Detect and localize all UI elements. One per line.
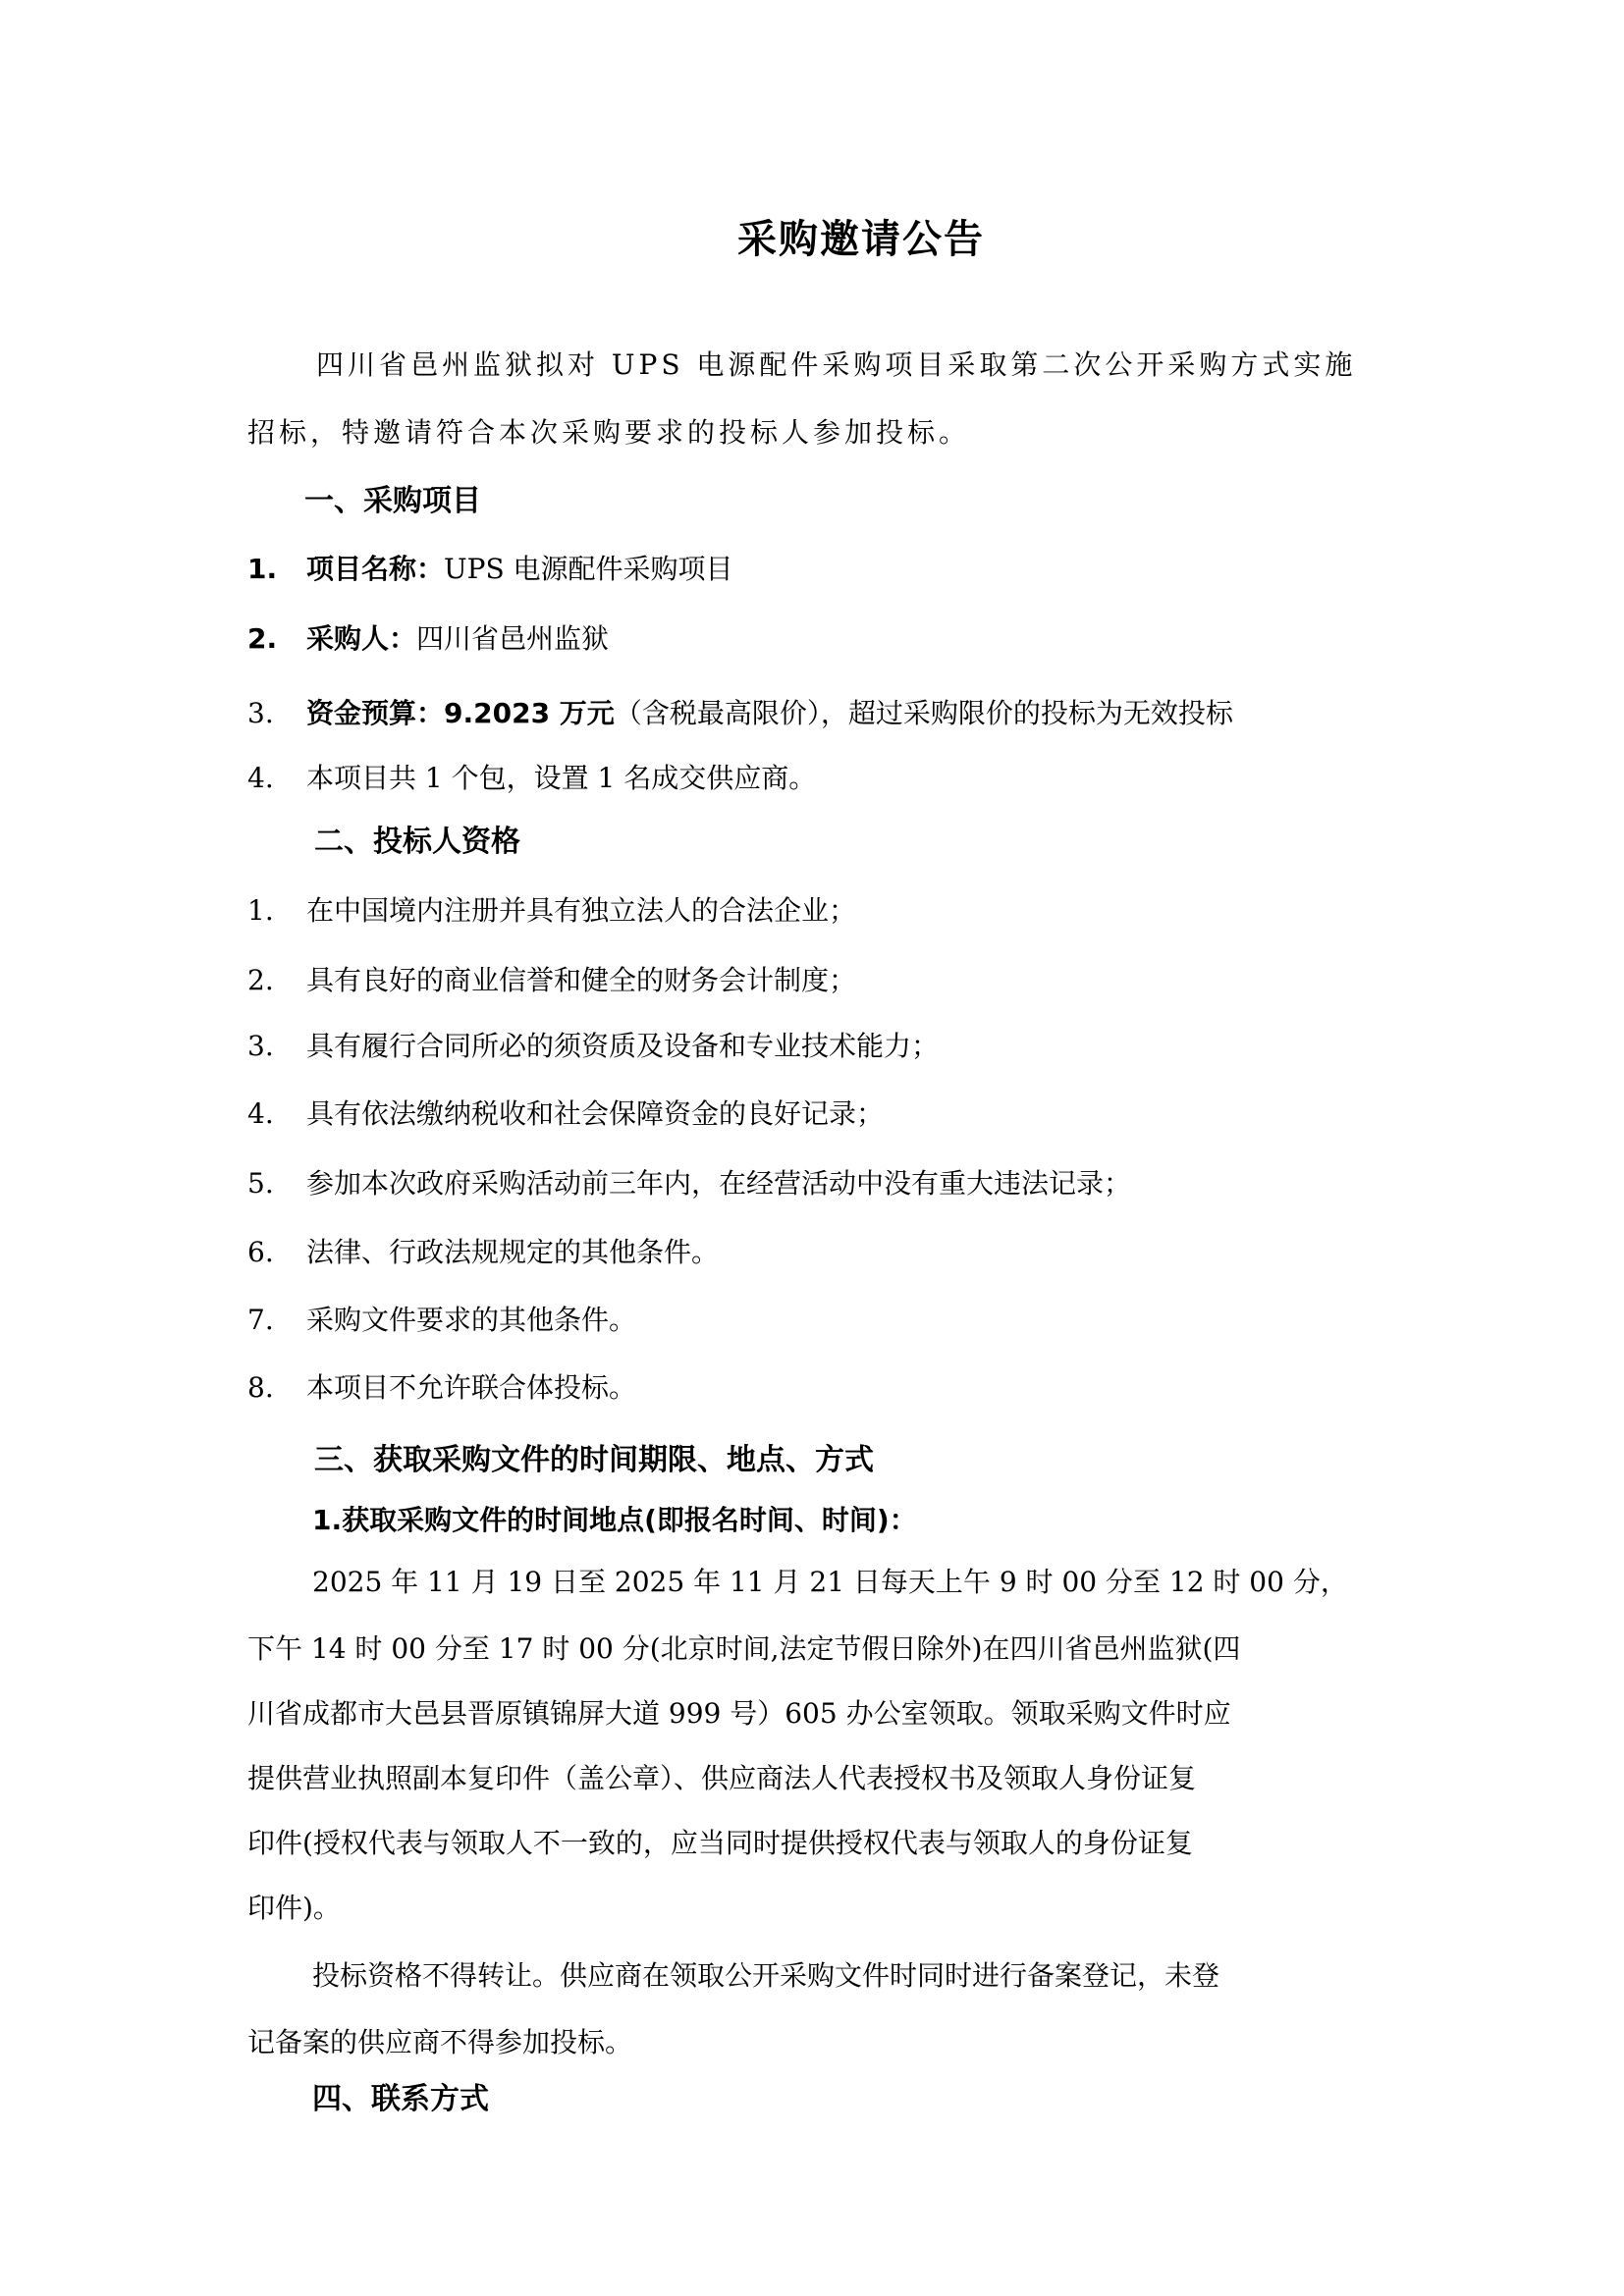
item-number: 1. (247, 553, 306, 586)
section-heading-1: 一、采购项目 (304, 485, 481, 518)
project-item-4: 4.本项目共 1 个包，设置 1 名成交供应商。 (247, 762, 816, 795)
item-number: 2. (247, 622, 306, 656)
item-value: 四川省邑州监狱 (416, 622, 609, 655)
section-heading-3: 三、获取采购文件的时间期限、地点、方式 (314, 1444, 874, 1477)
item-label: 资金预算：9.2023 万元 (306, 697, 615, 729)
item-number: 8. (247, 1371, 306, 1405)
item-value: UPS 电源配件采购项目 (444, 553, 733, 585)
intro-line-2: 招标，特邀请符合本次采购要求的投标人参加投标。 (247, 416, 970, 450)
qualification-item-1: 1.在中国境内注册并具有独立法人的合法企业； (247, 894, 856, 928)
item-number: 3. (247, 1030, 306, 1063)
qualification-item-8: 8.本项目不允许联合体投标。 (247, 1371, 636, 1405)
schedule-line-6: 印件)。 (247, 1892, 341, 1925)
item-text: 在中国境内注册并具有独立法人的合法企业； (306, 894, 856, 927)
transfer-line-1: 投标资格不得转让。供应商在领取公开采购文件时同时进行备案登记，未登 (312, 1959, 1219, 1993)
item-text: 采购文件要求的其他条件。 (306, 1304, 636, 1336)
transfer-line-2: 记备案的供应商不得参加投标。 (247, 2026, 632, 2059)
schedule-line-3: 川省成都市大邑县晋原镇锦屏大道 999 号）605 办公室领取。领取采购文件时应 (247, 1697, 1231, 1731)
item-number: 3. (247, 697, 306, 730)
intro-line-1: 四川省邑州监狱拟对 UPS 电源配件采购项目采取第二次公开采购方式实施 (316, 348, 1356, 382)
qualification-item-5: 5.参加本次政府采购活动前三年内，在经营活动中没有重大违法记录； (247, 1167, 1131, 1201)
qualification-item-7: 7.采购文件要求的其他条件。 (247, 1304, 636, 1337)
item-text: 具有履行合同所必的须资质及设备和专业技术能力； (306, 1030, 939, 1062)
document-title: 采购邀请公告 (0, 208, 1624, 264)
qualification-item-2: 2.具有良好的商业信誉和健全的财务会计制度； (247, 964, 856, 997)
item-text: 具有依法缴纳税收和社会保障资金的良好记录； (306, 1097, 884, 1130)
item-number: 1. (247, 894, 306, 928)
qualification-item-4: 4.具有依法缴纳税收和社会保障资金的良好记录； (247, 1097, 884, 1131)
schedule-line-2: 下午 14 时 00 分至 17 时 00 分(北京时间,法定节假日除外)在四川… (247, 1632, 1240, 1666)
project-item-1: 1.项目名称：UPS 电源配件采购项目 (247, 553, 733, 586)
schedule-line-1: 2025 年 11 月 19 日至 2025 年 11 月 21 日每天上午 9… (312, 1566, 1348, 1599)
item-number: 4. (247, 762, 306, 795)
item-text: 具有良好的商业信誉和健全的财务会计制度； (306, 964, 856, 996)
section-subheading-3-1: 1.获取采购文件的时间地点(即报名时间、时间)： (312, 1504, 917, 1537)
item-value: 本项目共 1 个包，设置 1 名成交供应商。 (306, 762, 816, 794)
item-text: 参加本次政府采购活动前三年内，在经营活动中没有重大违法记录； (306, 1167, 1131, 1200)
item-value: （含税最高限价），超过采购限价的投标为无效投标 (615, 697, 1233, 729)
section-heading-4: 四、联系方式 (312, 2083, 489, 2116)
item-label: 项目名称： (306, 553, 444, 585)
qualification-item-3: 3.具有履行合同所必的须资质及设备和专业技术能力； (247, 1030, 939, 1063)
project-item-2: 2.采购人：四川省邑州监狱 (247, 622, 609, 656)
item-number: 2. (247, 964, 306, 997)
item-text: 法律、行政法规规定的其他条件。 (306, 1236, 719, 1268)
item-number: 4. (247, 1097, 306, 1131)
item-number: 6. (247, 1236, 306, 1269)
section-heading-2: 二、投标人资格 (314, 826, 520, 859)
project-item-3: 3.资金预算：9.2023 万元（含税最高限价），超过采购限价的投标为无效投标 (247, 697, 1233, 730)
schedule-line-5: 印件(授权代表与领取人不一致的，应当同时提供授权代表与领取人的身份证复 (247, 1827, 1193, 1860)
item-number: 7. (247, 1304, 306, 1337)
qualification-item-6: 6.法律、行政法规规定的其他条件。 (247, 1236, 719, 1269)
item-number: 5. (247, 1167, 306, 1201)
schedule-line-4: 提供营业执照副本复印件（盖公章）、供应商法人代表授权书及领取人身份证复 (247, 1762, 1196, 1795)
item-label: 采购人： (306, 622, 416, 655)
item-text: 本项目不允许联合体投标。 (306, 1371, 636, 1404)
